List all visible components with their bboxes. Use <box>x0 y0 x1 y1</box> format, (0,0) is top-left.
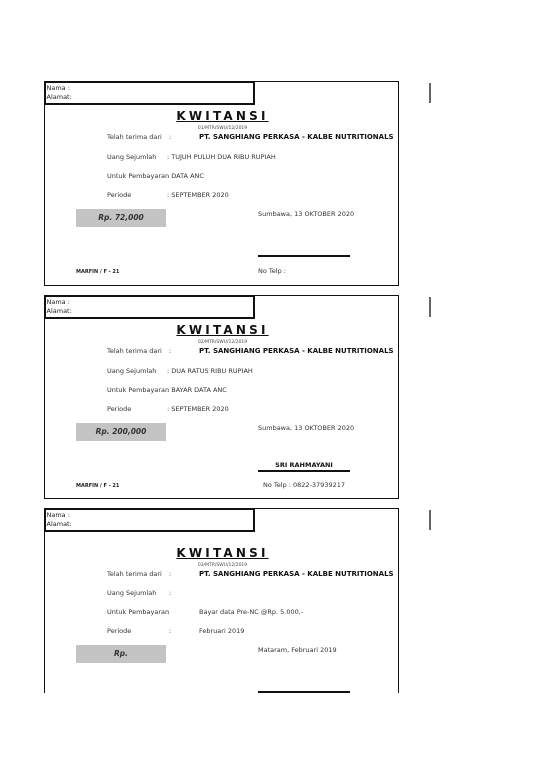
reference-number: 02/MTR/SWU/12/2019 <box>45 340 400 345</box>
place-date: Mataram, Februari 2019 <box>258 646 337 654</box>
signature-line <box>258 691 350 693</box>
place-date: Sumbawa, 13 OKTOBER 2020 <box>258 424 354 432</box>
amount-words-value: : TUJUH PULUH DUA RIBU RUPIAH <box>167 153 276 161</box>
signature-line <box>258 255 350 257</box>
page-margin-mark <box>429 297 431 317</box>
period-colon: : <box>169 627 171 635</box>
name-label: Nama : <box>47 511 253 520</box>
received-from-label: Telah terima dari <box>107 570 162 578</box>
payment-for-label: Untuk Pembayaran <box>107 608 169 616</box>
received-from-label: Telah terima dari <box>107 133 162 141</box>
payment-for-value: : DATA ANC <box>167 172 204 180</box>
reference-number: 01/MTR/SWU/12/2019 <box>45 126 400 131</box>
payment-for-label: Untuk Pembayaran <box>107 172 169 180</box>
name-address-box: Nama : Alamat: <box>44 81 255 105</box>
period-label: Periode <box>107 627 131 635</box>
address-label: Alamat: <box>47 520 253 529</box>
received-from-label: Telah terima dari <box>107 347 162 355</box>
period-label: Periode <box>107 405 131 413</box>
payment-for-colon: : <box>167 608 169 616</box>
amount-words-colon: : <box>169 589 171 597</box>
address-label: Alamat: <box>47 307 253 316</box>
receipt-3: Nama : Alamat: KWITANSI 03/MTR/SWU/12/20… <box>44 508 399 693</box>
received-from-value: PT. SANGHIANG PERKASA - KALBE NUTRITIONA… <box>199 570 394 578</box>
receipt-2: Nama : Alamat: KWITANSI 02/MTR/SWU/12/20… <box>44 295 399 499</box>
amount-words-value: : DUA RATUS RIBU RUPIAH <box>167 367 253 375</box>
period-value: Februari 2019 <box>199 627 244 635</box>
page-margin-mark <box>429 510 431 530</box>
received-from-value: PT. SANGHIANG PERKASA - KALBE NUTRITIONA… <box>199 133 394 141</box>
receipt-title: KWITANSI <box>45 109 400 123</box>
receipt-title: KWITANSI <box>45 546 400 560</box>
amount-box: Rp. <box>76 645 166 663</box>
receipt-title: KWITANSI <box>45 323 400 337</box>
address-label: Alamat: <box>47 93 253 102</box>
phone-number: No Telp : <box>258 267 286 275</box>
receipt-1: Nama : Alamat: KWITANSI 01/MTR/SWU/12/20… <box>44 81 399 286</box>
signer-name: SRI RAHMAYANI <box>258 461 350 469</box>
payment-for-value: Bayar data Pre-NC @Rp. 5.000,- <box>199 608 303 616</box>
received-from-colon: : <box>169 347 171 355</box>
form-code: MARFIN / F - 21 <box>76 483 119 489</box>
payment-for-value: : BAYAR DATA ANC <box>167 386 227 394</box>
name-address-box: Nama : Alamat: <box>44 508 255 532</box>
amount-box: Rp. 200,000 <box>76 423 166 441</box>
signature-line <box>258 470 350 472</box>
period-label: Periode <box>107 191 131 199</box>
received-from-colon: : <box>169 133 171 141</box>
name-label: Nama : <box>47 298 253 307</box>
amount-words-label: Uang Sejumlah <box>107 589 156 597</box>
reference-number: 03/MTR/SWU/12/2019 <box>45 563 400 568</box>
payment-for-label: Untuk Pembayaran <box>107 386 169 394</box>
amount-box: Rp. 72,000 <box>76 209 166 227</box>
amount-words-label: Uang Sejumlah <box>107 153 156 161</box>
place-date: Sumbawa, 13 OKTOBER 2020 <box>258 210 354 218</box>
period-value: : SEPTEMBER 2020 <box>167 191 229 199</box>
phone-number: No Telp : 0822-37939217 <box>263 481 345 489</box>
received-from-colon: : <box>169 570 171 578</box>
name-address-box: Nama : Alamat: <box>44 295 255 319</box>
page-margin-mark <box>429 83 431 103</box>
name-label: Nama : <box>47 84 253 93</box>
received-from-value: PT. SANGHIANG PERKASA - KALBE NUTRITIONA… <box>199 347 394 355</box>
form-code: MARFIN / F - 21 <box>76 269 119 275</box>
amount-words-label: Uang Sejumlah <box>107 367 156 375</box>
period-value: : SEPTEMBER 2020 <box>167 405 229 413</box>
